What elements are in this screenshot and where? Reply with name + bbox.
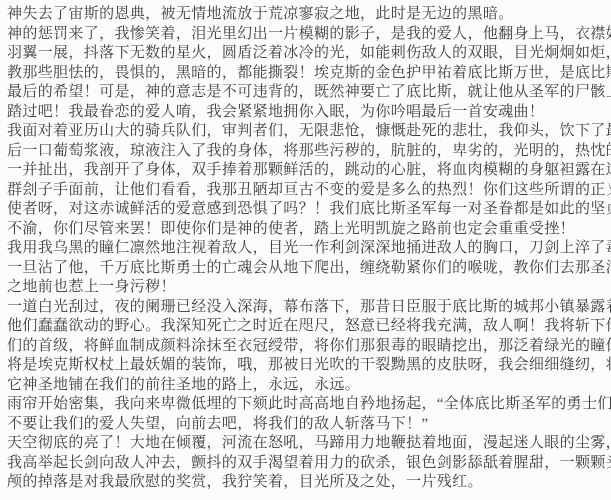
text-line: 将是埃克斯权杖上最妖媚的装饰，哦，那被日光吹的干裂黝黑的皮肤呀，我会细细缝纫，将 bbox=[7, 356, 607, 376]
text-line: 使者呀，对这赤诚鲜活的爱意感到恐惧了吗？！我们底比斯圣军每一对圣眷都是如此的坚贞 bbox=[7, 200, 607, 220]
text-line: 它神圣地铺在我们的前往圣地的路上，永远，永远。 bbox=[7, 376, 607, 396]
text-line: 最后的希望！可是，神的意志是不可违背的，既然神要亡了底比斯，就让他从圣军的尸骸上 bbox=[7, 83, 607, 103]
text-line: 我面对着亚历山大的骑兵队们，审判者们，无限悲怆，慷慨赴死的悲壮，我仰头，饮下了最 bbox=[7, 122, 607, 142]
text-line: 他们蠢蠢欲动的野心。我深知死亡之时近在咫尺，怒意已经将我充满，敌人啊！我将斩下你 bbox=[7, 317, 607, 337]
text-line: 神的惩罚来了，我惨笑着，泪光里幻出一片模糊的影子，是我的爱人，他翻身上马，衣襟如 bbox=[7, 25, 607, 45]
text-line: 天空彻底的亮了！大地在倾覆，河流在怒吼，马蹄用力地鞭挞着地面，漫起迷人眼的尘雾， bbox=[7, 434, 607, 454]
text-line: 我用我乌黑的瞳仁凛然地注视着敌人，目光一作利剑深深地捅进敌人的胸口，刀剑上淬了毒… bbox=[7, 239, 607, 259]
text-line: 我高举起长剑向敌人冲去，颤抖的双手渴望着用力的砍杀，银色剑影舔舐着腥甜，一颗颗头 bbox=[7, 454, 607, 474]
text-line: 雨帘开始密集，我向来卑微低埋的下颏此时高高地自矜地扬起，“全体底比斯圣军的勇士们… bbox=[7, 395, 607, 415]
text-line: 一并扯出，我剖开了身体，双手捧着那颗鲜活的，跳动的心脏，将血肉模糊的身躯袒露在这 bbox=[7, 161, 607, 181]
text-line: 们的首级，将鲜血制成颜料涂抹至衣冠绶带，将你们那狠毒的眼睛挖出，那泛着绿光的瞳仁 bbox=[7, 337, 607, 357]
text-line: 一道白光刮过，夜的阑珊已经没入深海，幕布落下，那昔日臣服于底比斯的城邦小镇暴露着 bbox=[7, 298, 607, 318]
text-line: 不渝，你们尽管来罢！即使你们是神的使者，踏上光明凯旋之路前也定会重重受挫！ bbox=[7, 220, 607, 240]
text-line: 神失去了宙斯的恩典，被无情地流放于荒凉寥寂之地，此时是无边的黑暗。 bbox=[7, 5, 607, 25]
document-page: 神失去了宙斯的恩典，被无情地流放于荒凉寥寂之地，此时是无边的黑暗。 神的惩罚来了… bbox=[0, 0, 611, 500]
text-line: 之地前也惹上一身污秽！ bbox=[7, 278, 607, 298]
text-line: 后一口葡萄浆液，琼液注入了我的身体，将那些污秽的，肮脏的，卑劣的，光明的，热忱的 bbox=[7, 142, 607, 162]
text-line: 不要让我们的爱人失望，向前去吧，将我们的敌人斩落马下！” bbox=[7, 415, 607, 435]
text-line: 颅的掉落是对我最欣慰的奖赏，我狞笑着，目光所及之处，一片残红。 bbox=[7, 473, 607, 493]
text-line: 教那些胆怯的，畏惧的，黑暗的，都能撕裂！埃克斯的金色护甲祐着底比斯万世，是底比斯 bbox=[7, 64, 607, 84]
text-line: 踏过吧！我最眷恋的爱人唷，我会紧紧地拥你入眠，为你吟唱最后一首安魂曲！ bbox=[7, 103, 607, 123]
text-line: 羽翼一展，抖落下无数的星火，圆盾泛着冰冷的光，如能刺伤敌人的双眼，目光炯炯如炬， bbox=[7, 44, 607, 64]
text-line: 群刽子手面前，让他们看看，我那丑陋却亘古不变的爱是多么的热烈！你们这些所谓的正义 bbox=[7, 181, 607, 201]
text-line: 一旦沾了他，千万底比斯勇士的亡魂会从地下爬出，缠绕勒紧你们的喉咙，教你们去那圣洁 bbox=[7, 259, 607, 279]
